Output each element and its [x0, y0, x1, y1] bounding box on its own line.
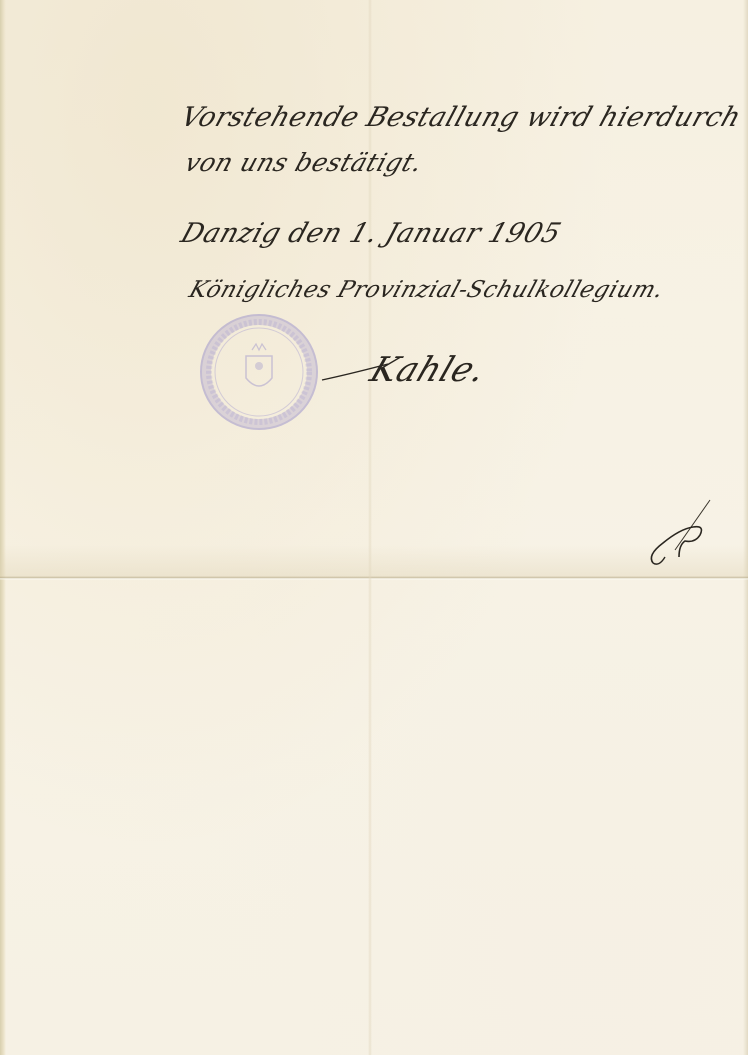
fold-shadow: [0, 545, 748, 577]
paper-edge-left: [0, 0, 6, 1055]
seal-crest-icon: [202, 316, 316, 428]
text-line-2: von uns bestätigt.: [181, 148, 426, 177]
text-line-1: Vorstehende Bestallung wird hierdurch: [177, 102, 745, 133]
date-line: Danzig den 1. Januar 1905: [177, 218, 565, 249]
paraph-initial-icon: [645, 495, 715, 570]
signature: Kahle.: [365, 350, 492, 390]
document-page: Vorstehende Bestallung wird hierdurch vo…: [0, 0, 748, 1055]
paper-edge-right: [743, 0, 748, 1055]
official-seal-stamp: [200, 314, 318, 430]
authority-line: Königliches Provinzial-Schulkollegium.: [186, 277, 667, 303]
horizontal-fold-line: [0, 576, 748, 580]
